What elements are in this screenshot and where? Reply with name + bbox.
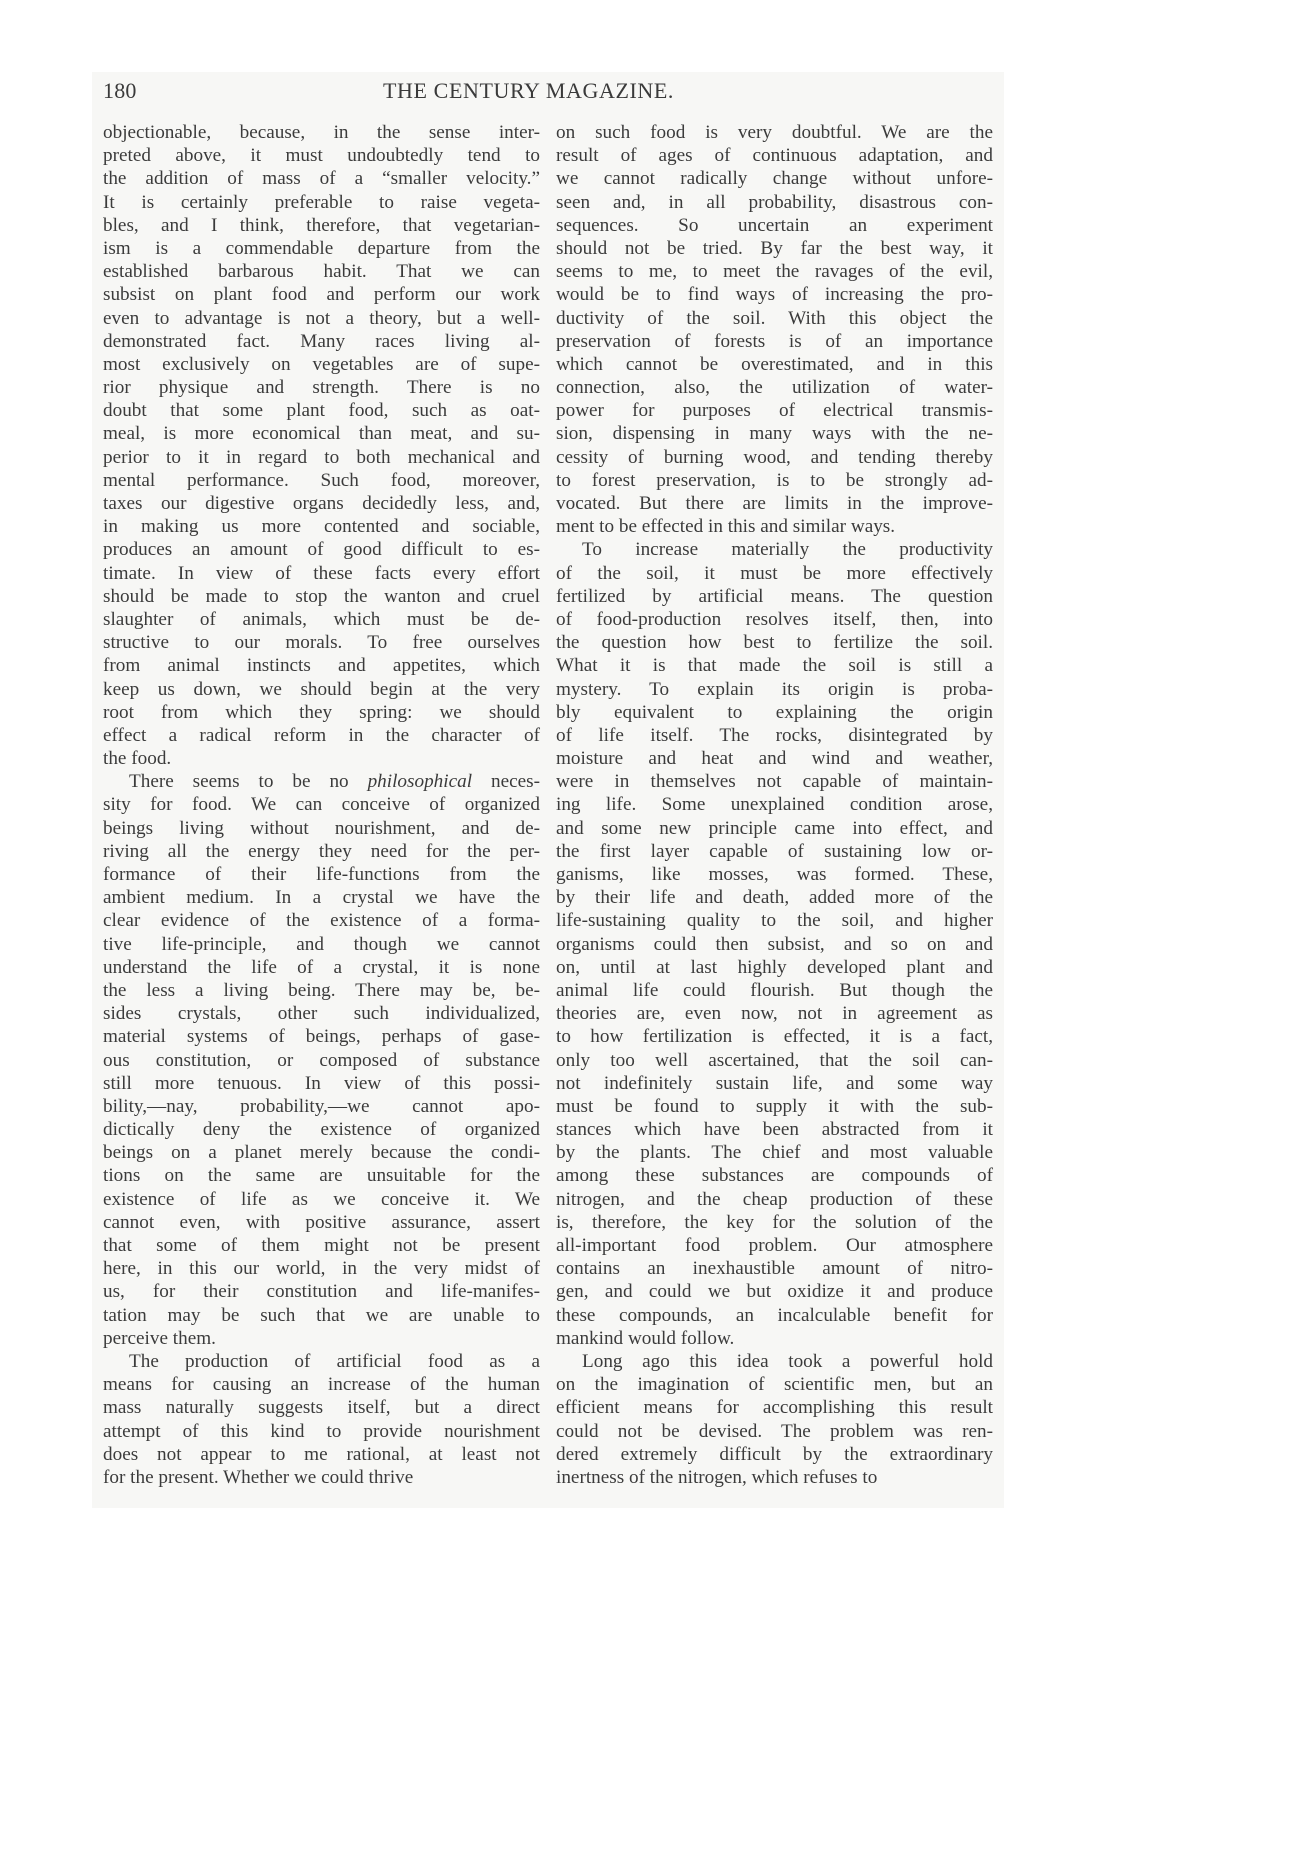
text-line: that some of them might not be present [103,1234,540,1257]
text-line: mystery. To explain its origin is proba- [556,678,993,701]
text-line: keep us down, we should begin at the ver… [103,678,540,701]
text-line: efficient means for accomplishing this r… [556,1396,993,1419]
text-line: the food. [103,747,540,770]
text-line: for the present. Whether we could thrive [103,1466,540,1489]
text-line: of food-production resolves itself, then… [556,608,993,631]
text-line: root from which they spring: we should [103,701,540,724]
text-line: stances which have been abstracted from … [556,1118,993,1141]
text-line: still more tenuous. In view of this poss… [103,1072,540,1095]
text-line: preservation of forests is of an importa… [556,330,993,353]
text-line: bility,—nay, probability,—we cannot apo- [103,1095,540,1118]
text-line: tation may be such that we are unable to [103,1304,540,1327]
text-line: understand the life of a crystal, it is … [103,956,540,979]
text-line: fertilized by artificial means. The ques… [556,585,993,608]
text-line: on such food is very doubtful. We are th… [556,121,993,144]
text-line: not indefinitely sustain life, and some … [556,1072,993,1095]
text-line: perior to it in regard to both mechanica… [103,446,540,469]
text-line: by their life and death, added more of t… [556,886,993,909]
text-line: timate. In view of these facts every eff… [103,562,540,585]
text-line: taxes our digestive organs decidedly les… [103,492,540,515]
text-line: contains an inexhaustible amount of nitr… [556,1257,993,1280]
text-line: us, for their constitution and life-mani… [103,1280,540,1303]
text-line: all-important food problem. Our atmosphe… [556,1234,993,1257]
text-line: preted above, it must undoubtedly tend t… [103,144,540,167]
text-line: animal life could flourish. But though t… [556,979,993,1002]
text-line: the addition of mass of a “smaller veloc… [103,167,540,190]
text-line: tive life-principle, and though we canno… [103,933,540,956]
text-line: nitrogen, and the cheap production of th… [556,1188,993,1211]
page-number: 180 [103,78,137,104]
text-line: objectionable, because, in the sense int… [103,121,540,144]
text-line: demonstrated fact. Many races living al- [103,330,540,353]
text-line: cessity of burning wood, and tending the… [556,446,993,469]
text-line: organisms could then subsist, and so on … [556,933,993,956]
text-line: To increase materially the productivity [556,538,993,561]
text-line: were in themselves not capable of mainta… [556,770,993,793]
text-line: on the imagination of scientific men, bu… [556,1373,993,1396]
text-line: beings on a planet merely because the co… [103,1141,540,1164]
text-line: most exclusively on vegetables are of su… [103,353,540,376]
text-line: ambient medium. In a crystal we have the [103,886,540,909]
text-line: means for causing an increase of the hum… [103,1373,540,1396]
text-line: dered extremely difficult by the extraor… [556,1443,993,1466]
text-line: ous constitution, or composed of substan… [103,1049,540,1072]
text-line: could not be devised. The problem was re… [556,1420,993,1443]
text-line: established barbarous habit. That we can [103,260,540,283]
right-column: on such food is very doubtful. We are th… [556,121,993,1489]
text-line: on, until at last highly developed plant… [556,956,993,979]
text-line: ductivity of the soil. With this object … [556,307,993,330]
text-fragment: There seems to be no [129,771,368,792]
text-line: should be made to stop the wanton and cr… [103,585,540,608]
text-line: life-sustaining quality to the soil, and… [556,909,993,932]
left-column: objectionable, because, in the sense int… [103,121,540,1489]
text-line: The production of artificial food as a [103,1350,540,1373]
text-line: subsist on plant food and perform our wo… [103,283,540,306]
text-line: power for purposes of electrical transmi… [556,399,993,422]
text-line: slaughter of animals, which must be de- [103,608,540,631]
text-line: of the soil, it must be more effectively [556,562,993,585]
text-line: formance of their life-functions from th… [103,863,540,886]
text-line: meal, is more economical than meat, and … [103,422,540,445]
text-line: sion, dispensing in many ways with the n… [556,422,993,445]
text-line: in making us more contented and sociable… [103,515,540,538]
text-line: to forest preservation, is to be strongl… [556,469,993,492]
magazine-title: THE CENTURY MAGAZINE. [383,78,674,104]
text-line: beings living without nourishment, and d… [103,817,540,840]
text-line: There seems to be no philosophical neces… [103,770,540,793]
text-line: sequences. So uncertain an experiment [556,214,993,237]
text-line: vocated. But there are limits in the imp… [556,492,993,515]
text-line: among these substances are compounds of [556,1164,993,1187]
text-line: moisture and heat and wind and weather, [556,747,993,770]
text-line: material systems of beings, perhaps of g… [103,1025,540,1048]
text-line: the question how best to fertilize the s… [556,631,993,654]
text-line: which cannot be overestimated, and in th… [556,353,993,376]
text-fragment: neces- [472,771,540,792]
text-line: ism is a commendable departure from the [103,237,540,260]
text-line: ganisms, like mosses, was formed. These, [556,863,993,886]
text-line: cannot even, with positive assurance, as… [103,1211,540,1234]
text-line: gen, and could we but oxidize it and pro… [556,1280,993,1303]
text-line: mass naturally suggests itself, but a di… [103,1396,540,1419]
text-line: should not be tried. By far the best way… [556,237,993,260]
text-line: from animal instincts and appetites, whi… [103,654,540,677]
text-line: here, in this our world, in the very mid… [103,1257,540,1280]
text-line: structive to our morals. To free ourselv… [103,631,540,654]
text-line: effect a radical reform in the character… [103,724,540,747]
text-line: bles, and I think, therefore, that veget… [103,214,540,237]
text-line: ing life. Some unexplained condition aro… [556,793,993,816]
text-line: mankind would follow. [556,1327,993,1350]
text-line: produces an amount of good difficult to … [103,538,540,561]
text-line: only too well ascertained, that the soil… [556,1049,993,1072]
text-line: What it is that made the soil is still a [556,654,993,677]
text-line: existence of life as we conceive it. We [103,1188,540,1211]
text-line: seen and, in all probability, disastrous… [556,191,993,214]
text-line: doubt that some plant food, such as oat- [103,399,540,422]
text-line: sity for food. We can conceive of organi… [103,793,540,816]
text-line: theories are, even now, not in agreement… [556,1002,993,1025]
text-line: seems to me, to meet the ravages of the … [556,260,993,283]
text-line: bly equivalent to explaining the origin [556,701,993,724]
text-line: rior physique and strength. There is no [103,376,540,399]
text-line: to how fertilization is effected, it is … [556,1025,993,1048]
italic-word: philosophical [368,771,472,792]
text-line: attempt of this kind to provide nourishm… [103,1420,540,1443]
text-line: by the plants. The chief and most valuab… [556,1141,993,1164]
text-line: perceive them. [103,1327,540,1350]
text-line: sides crystals, other such individualize… [103,1002,540,1025]
text-line: the less a living being. There may be, b… [103,979,540,1002]
text-line: these compounds, an incalculable benefit… [556,1304,993,1327]
text-line: must be found to supply it with the sub- [556,1095,993,1118]
text-line: we cannot radically change without unfor… [556,167,993,190]
text-line: Long ago this idea took a powerful hold [556,1350,993,1373]
text-line: the first layer capable of sustaining lo… [556,840,993,863]
text-line: connection, also, the utilization of wat… [556,376,993,399]
text-line: inertness of the nitrogen, which refuses… [556,1466,993,1489]
text-line: even to advantage is not a theory, but a… [103,307,540,330]
text-line: and some new principle came into effect,… [556,817,993,840]
running-head: 180 THE CENTURY MAGAZINE. [103,78,993,108]
text-line: is, therefore, the key for the solution … [556,1211,993,1234]
text-line: does not appear to me rational, at least… [103,1443,540,1466]
text-line: result of ages of continuous adaptation,… [556,144,993,167]
text-line: clear evidence of the existence of a for… [103,909,540,932]
text-line: It is certainly preferable to raise vege… [103,191,540,214]
text-line: riving all the energy they need for the … [103,840,540,863]
text-line: of life itself. The rocks, disintegrated… [556,724,993,747]
text-line: mental performance. Such food, moreover, [103,469,540,492]
text-line: ment to be effected in this and similar … [556,515,993,538]
text-line: would be to find ways of increasing the … [556,283,993,306]
text-line: dictically deny the existence of organiz… [103,1118,540,1141]
text-line: tions on the same are unsuitable for the [103,1164,540,1187]
